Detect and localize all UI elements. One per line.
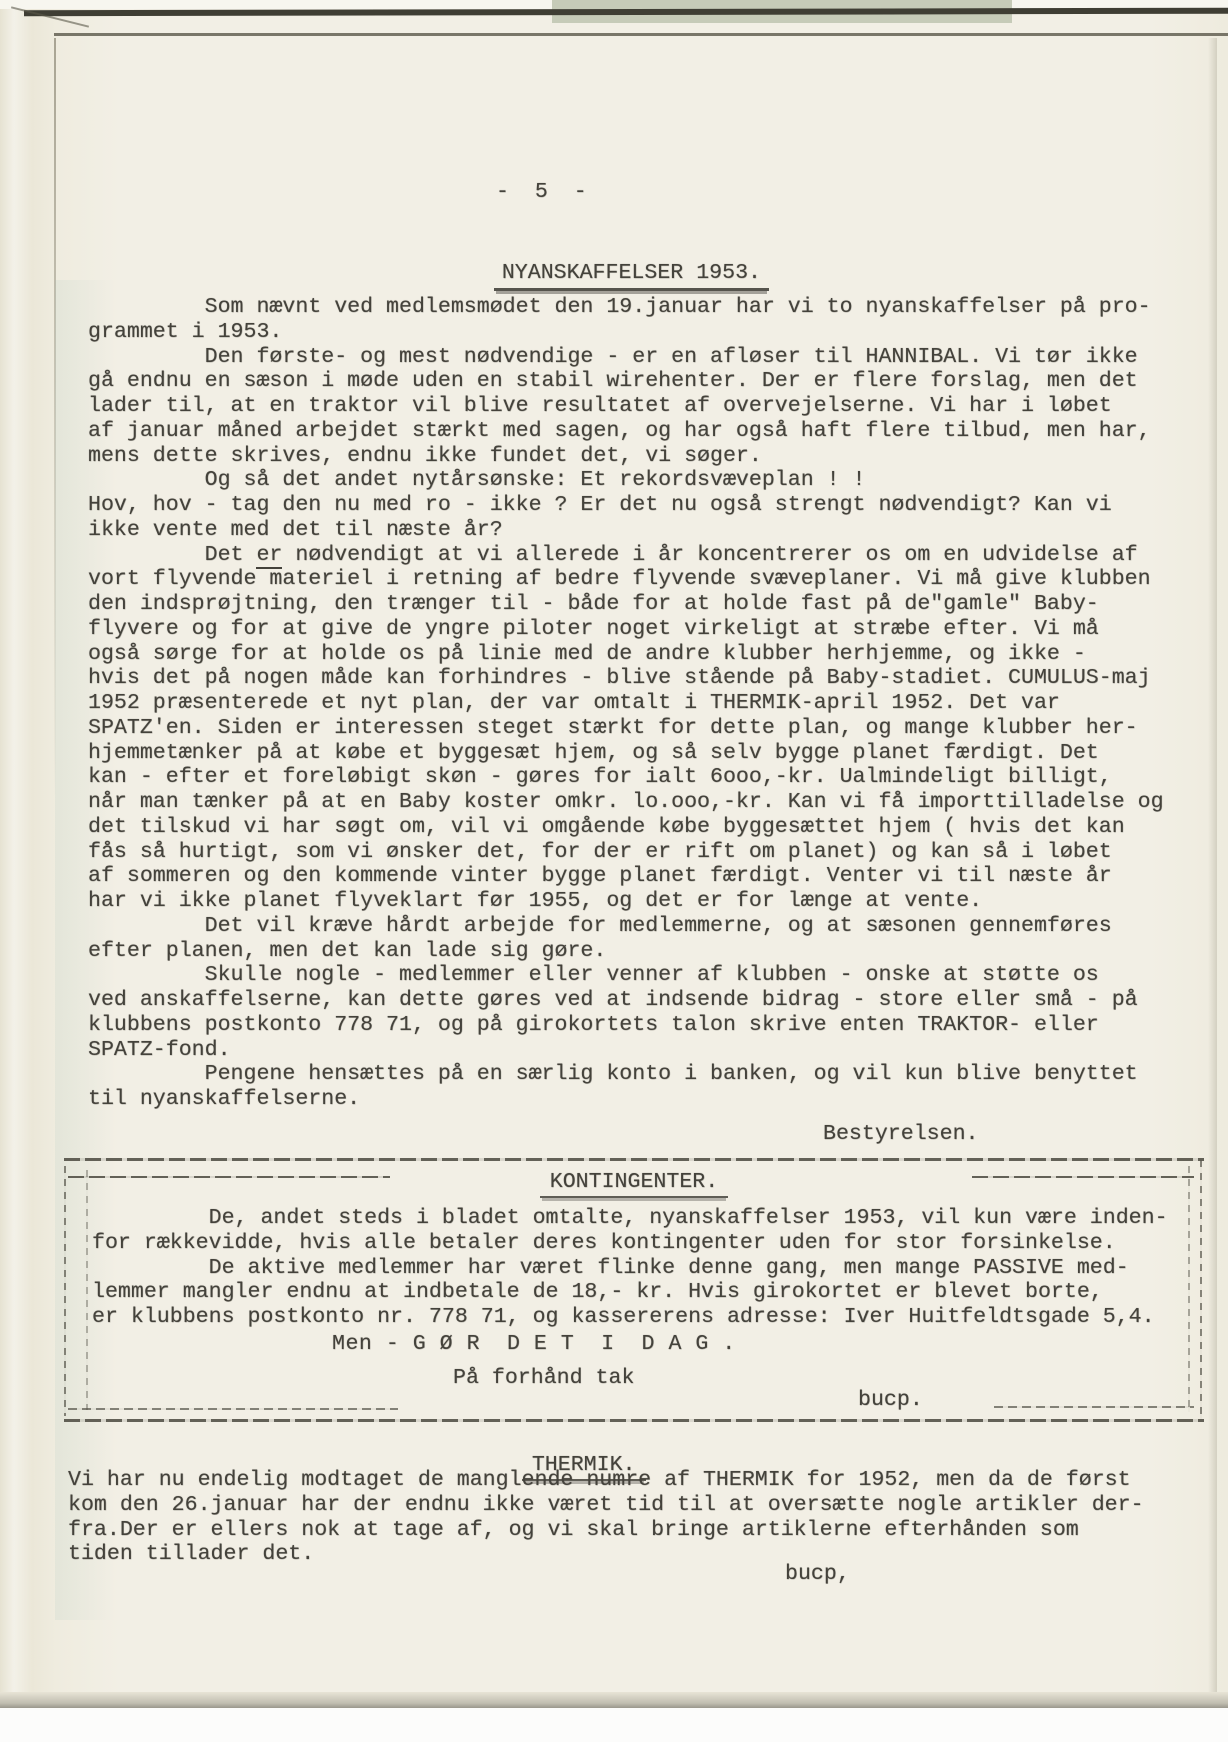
article-body: Som nævnt ved medlemsmødet den 19.januar… (88, 295, 1164, 1112)
article-signature: Bestyrelsen. (823, 1122, 979, 1147)
box-border-left-inner (86, 1170, 88, 1410)
text-line: Det vil kræve hårdt arbejde for medlemme… (88, 914, 1164, 939)
text-line: kom den 26.januar har der endnu ikke vær… (68, 1493, 1144, 1518)
text-line: fra.Der er ellers nok at tage af, og vi … (68, 1518, 1144, 1543)
scan-artifact-top-line-2 (54, 33, 1228, 36)
text-line: klubbens postkonto 778 71, og på girokor… (88, 1013, 1164, 1038)
text-line: lemmer mangler endnu at indbetale de 18,… (92, 1280, 1168, 1305)
text-line: Hov, hov - tag den nu med ro - ikke ? Er… (88, 493, 1164, 518)
scanned-newsletter-page: - 5 - NYANSKAFFELSER 1953. Som nævnt ved… (0, 0, 1228, 1742)
text-line: gå endnu en sæson i møde uden en stabil … (88, 369, 1164, 394)
box-border-right-inner (1188, 1166, 1190, 1412)
text-line: fås så hurtigt, som vi ønsker det, for d… (88, 840, 1164, 865)
kontingenter-title-text: KONTINGENTER. (540, 1170, 728, 1198)
text-line: er klubbens postkonto nr. 778 71, og kas… (92, 1305, 1168, 1330)
text-line: til nyanskaffelserne. (88, 1087, 1164, 1112)
text-line: hjemmetænker på at købe et byggesæt hjem… (88, 741, 1164, 766)
scan-artifact-bottom-strip (0, 1708, 1228, 1742)
article-title-text: NYANSKAFFELSER 1953. (494, 261, 769, 291)
box-border-bottom-inner-left (68, 1408, 398, 1410)
text-line: den indsprøjtning, den trænger til - båd… (88, 592, 1164, 617)
text-line: Og så det andet nytårsønske: Et rekordsv… (88, 468, 1164, 493)
text-line: De, andet steds i bladet omtalte, nyansk… (92, 1206, 1168, 1231)
text-line: 1952 præsenterede et nyt plan, der var o… (88, 691, 1164, 716)
text-segment: Det (88, 543, 256, 567)
text-line: efter planen, men det kan lade sig gøre. (88, 939, 1164, 964)
text-line: grammet i 1953. (88, 320, 1164, 345)
box-border-bottom (64, 1419, 1204, 1422)
text-line: hvis det på nogen måde kan forhindres - … (88, 666, 1164, 691)
text-line: tiden tillader det. (68, 1542, 1144, 1567)
underlined-word: er (256, 543, 282, 569)
box-border-right-outer (1200, 1160, 1202, 1420)
kontingenter-body: De, andet steds i bladet omtalte, nyansk… (92, 1206, 1168, 1330)
text-line: Det er nødvendigt at vi allerede i år ko… (88, 543, 1164, 568)
text-line: flyvere og for at give de yngre piloter … (88, 617, 1164, 642)
thermik-body: Vi har nu endelig modtaget de manglende … (68, 1468, 1144, 1567)
kontingenter-signature: bucp. (858, 1388, 923, 1413)
kontingenter-thanks: På forhånd tak (453, 1366, 634, 1391)
kontingenter-box: KONTINGENTER. De, andet steds i bladet o… (64, 1158, 1204, 1424)
text-line: SPATZ-fond. (88, 1038, 1164, 1063)
text-line: når man tænker på at en Baby koster omkr… (88, 790, 1164, 815)
text-line: ikke vente med det til næste år? (88, 518, 1164, 543)
text-line: Den første- og mest nødvendige - er en a… (88, 345, 1164, 370)
thermik-signature: bucp, (785, 1562, 850, 1587)
kontingenter-title: KONTINGENTER. (64, 1170, 1204, 1195)
scan-artifact-right-shadow (1208, 38, 1217, 1692)
box-border-bottom-inner-right (994, 1406, 1194, 1408)
text-line: har vi ikke planet flyveklart før 1955, … (88, 889, 1164, 914)
kontingenter-slogan: Men - G Ø R D E T I D A G . (332, 1332, 736, 1357)
box-border-top (64, 1158, 1204, 1161)
text-line: ved anskaffelserne, kan dette gøres ved … (88, 988, 1164, 1013)
scan-artifact-bottom-edge (0, 1692, 1228, 1708)
text-line: mens dette skrives, endnu ikke fundet de… (88, 444, 1164, 469)
text-line: kan - efter et foreløbigt skøn - gøres f… (88, 765, 1164, 790)
text-line: lader til, at en traktor vil blive resul… (88, 394, 1164, 419)
text-line: for rækkevidde, hvis alle betaler deres … (92, 1231, 1168, 1256)
text-line: af sommeren og den kommende vinter bygge… (88, 864, 1164, 889)
text-line: Skulle nogle - medlemmer eller venner af… (88, 963, 1164, 988)
text-line: Pengene hensættes på en særlig konto i b… (88, 1062, 1164, 1087)
text-segment: nødvendigt at vi allerede i år koncentre… (282, 543, 1137, 567)
text-line: Vi har nu endelig modtaget de manglende … (68, 1468, 1144, 1493)
text-line: SPATZ'en. Siden er interessen steget stæ… (88, 716, 1164, 741)
text-line: også sørge for at holde os på linie med … (88, 642, 1164, 667)
page-number: - 5 - (496, 180, 587, 205)
text-line: De aktive medlemmer har været flinke den… (92, 1256, 1168, 1281)
text-line: vort flyvende materiel i retning af bedr… (88, 567, 1164, 592)
text-line: af januar måned arbejdet stærkt med sage… (88, 419, 1164, 444)
text-line: Som nævnt ved medlemsmødet den 19.januar… (88, 295, 1164, 320)
box-border-left-outer (64, 1166, 66, 1416)
text-line: det tilskud vi har søgt om, vil vi omgåe… (88, 815, 1164, 840)
